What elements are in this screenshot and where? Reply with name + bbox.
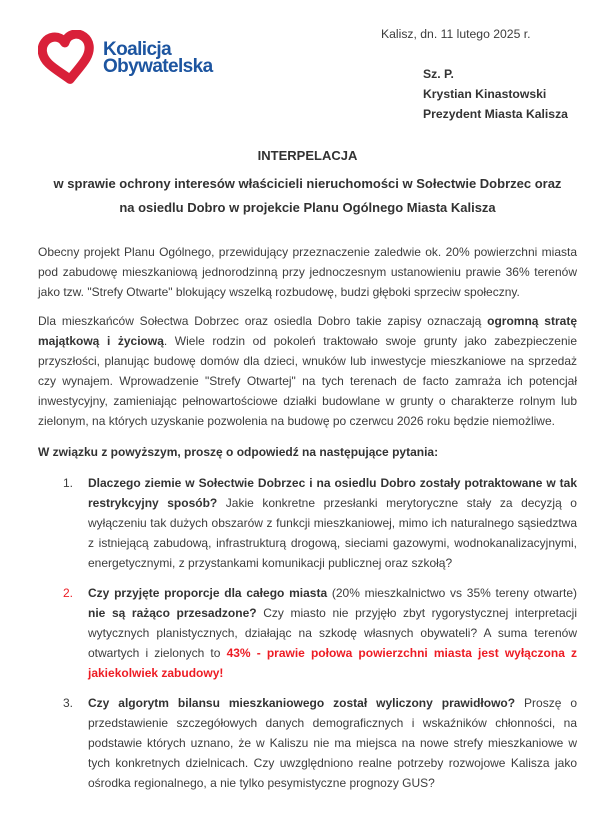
question-text-3: Czy algorytm bilansu mieszkaniowego zost… bbox=[88, 693, 577, 793]
questions-list: 1. Dlaczego ziemie w Sołectwie Dobrzec i… bbox=[38, 473, 577, 793]
addressee-block: Sz. P. Krystian Kinastowski Prezydent Mi… bbox=[423, 64, 577, 124]
paragraph-impact: Dla mieszkańców Sołectwa Dobrzec oraz os… bbox=[38, 311, 577, 431]
logo-line-2: Obywatelska bbox=[103, 58, 213, 75]
document-header: Koalicja Obywatelska Kalisz, dn. 11 lute… bbox=[38, 26, 577, 124]
question-number-3: 3. bbox=[63, 693, 88, 793]
addressee-title: Prezydent Miasta Kalisza bbox=[423, 104, 577, 124]
document-date: Kalisz, dn. 11 lutego 2025 r. bbox=[381, 26, 577, 42]
question-text-1: Dlaczego ziemie w Sołectwie Dobrzec i na… bbox=[88, 473, 577, 573]
heart-icon bbox=[38, 30, 96, 86]
question-item-2: 2. Czy przyjęte proporcje dla całego mia… bbox=[38, 583, 577, 683]
questions-intro: W związku z powyższym, proszę o odpowied… bbox=[38, 442, 577, 462]
question-number-1: 1. bbox=[63, 473, 88, 573]
question-item-1: 1. Dlaczego ziemie w Sołectwie Dobrzec i… bbox=[38, 473, 577, 573]
addressee-name: Krystian Kinastowski bbox=[423, 84, 577, 104]
document-title: INTERPELACJA bbox=[38, 148, 577, 163]
question-text-2: Czy przyjęte proporcje dla całego miasta… bbox=[88, 583, 577, 683]
logo-text: Koalicja Obywatelska bbox=[103, 41, 213, 75]
document-subject: w sprawie ochrony interesów właścicieli … bbox=[46, 172, 570, 220]
question-item-3: 3. Czy algorytm bilansu mieszkaniowego z… bbox=[38, 693, 577, 793]
paragraph-overview: Obecny projekt Planu Ogólnego, przewiduj… bbox=[38, 242, 577, 302]
document-body: Obecny projekt Planu Ogólnego, przewiduj… bbox=[38, 242, 577, 793]
koalicja-obywatelska-logo: Koalicja Obywatelska bbox=[38, 30, 213, 86]
question-number-2: 2. bbox=[63, 583, 88, 683]
header-right-column: Kalisz, dn. 11 lutego 2025 r. Sz. P. Kry… bbox=[381, 26, 577, 124]
addressee-salutation: Sz. P. bbox=[423, 64, 577, 84]
document-page: Koalicja Obywatelska Kalisz, dn. 11 lute… bbox=[0, 0, 611, 817]
